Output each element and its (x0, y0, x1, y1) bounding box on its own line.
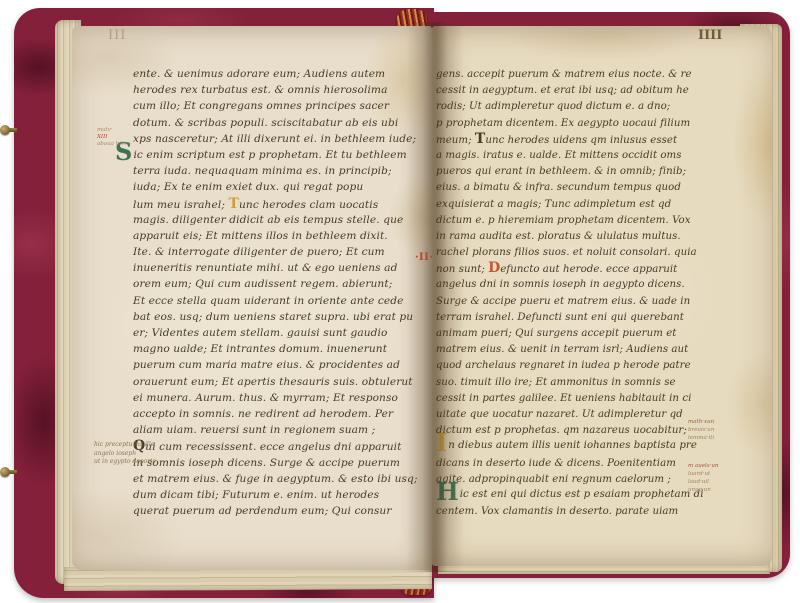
manuscript-line: inueneritis renuntiate mihi. ut & ego ue… (133, 260, 418, 276)
margin-gloss-right-lower: m auels·unluard·utlaud·uilunuo·un (688, 462, 718, 494)
line-text: ic enim scriptum est p prophetam. Et tu … (133, 149, 406, 161)
line-text: ui cum recessissent. ecce angelus dni ap… (145, 441, 401, 453)
margin-gloss-line: XIII (97, 134, 132, 141)
margin-gloss-line: luard·ut (688, 470, 718, 478)
line-text: ic est eni qui dictus est p esaiam proph… (460, 489, 704, 500)
manuscript-line: suo. timuit illo ire; Et ammonitus in so… (436, 374, 704, 390)
manuscript-line: eius. a bimatu & infra. secundum tempus … (436, 179, 704, 195)
line-text: orem eum; Qui cum audissent regem. abier… (133, 278, 392, 290)
line-text: et matrem eius. & fuge in aegyptum. & es… (133, 473, 418, 485)
line-text: magno ualde; Et intrantes domum. inuener… (133, 343, 387, 355)
manuscript-line: Hic est eni qui dictus est p esaiam prop… (436, 487, 704, 503)
manuscript-line: non sunt; Defuncto aut herode. ecce appa… (436, 260, 704, 276)
line-text: efuncto aut herode. ecce apparuit (500, 264, 677, 275)
manuscript-line: querat puerum ad perdendum eum; Qui cons… (133, 503, 418, 519)
illuminated-initial: S (115, 147, 132, 157)
line-text: cum illo; Et congregans omnes principes … (133, 100, 389, 112)
line-text: matrem eius. & uenit in terram isrl; Aud… (436, 344, 688, 355)
manuscript-line: In diebus autem illis uenit iohannes bap… (436, 438, 704, 454)
line-text: animam pueri; Qui surgens accepit puerum… (436, 328, 676, 339)
chapter-number-rubric: ·II· (415, 252, 433, 263)
line-text: inueneritis renuntiate mihi. ut & ego ue… (133, 262, 397, 274)
manuscript-line: dotum. & scribas populi. sciscitabatur a… (133, 115, 418, 131)
manuscript-line: matrem eius. & uenit in terram isrl; Aud… (436, 341, 704, 357)
manuscript-line: angelus dni in somnis ioseph in aegypto … (436, 276, 704, 292)
line-text: bat eos. usq; dum ueniens staret supra. … (133, 311, 413, 323)
line-text: iuda; Ex te enim exiet dux. qui regat po… (133, 181, 363, 193)
manuscript-line: ente. & uenimus adorare eum; Audiens aut… (133, 66, 418, 82)
line-text: querat puerum ad perdendum eum; Qui cons… (133, 505, 392, 517)
line-text-before-initial: lum meu israhel; (133, 199, 228, 211)
margin-gloss-line: laud·uil (688, 478, 718, 486)
margin-gloss-line: abaua hier— (97, 141, 132, 148)
manuscript-line: er; Videntes autem stellam. gauisi sunt … (133, 325, 418, 341)
manuscript-line: cessit in aegyptum. et erat ibi usq; ad … (436, 82, 704, 98)
line-text: apparuit eis; Et mittens illos in bethle… (133, 230, 388, 242)
line-text: Surge & accipe pueru et matrem eius. & u… (436, 296, 690, 307)
line-text: exquisierat a magis; Tunc adimpletum est… (436, 199, 671, 210)
line-text: ei munera. Aurum. thus. & myrram; Et res… (133, 392, 398, 404)
manuscript-line: pueros qui erant in bethleem. & in omnib… (436, 163, 704, 179)
manuscript-line: dicans in deserto iude & dicens. Poenite… (436, 455, 704, 471)
clasp-knob (0, 467, 10, 477)
folio-number-right: IIII (698, 28, 722, 43)
manuscript-line: lum meu israhel; Tunc herodes clam uocat… (133, 196, 418, 212)
line-text: gens. accepit puerum & matrem eius nocte… (436, 69, 692, 80)
line-text: dotum. & scribas populi. sciscitabatur a… (133, 117, 398, 129)
illuminated-initial: T (228, 196, 239, 212)
manuscript-line: in rama audita est. ploratus & ululatus … (436, 228, 704, 244)
line-text: centem. Vox clamantis in deserto. parate… (436, 506, 678, 517)
manuscript-line: ei munera. Aurum. thus. & myrram; Et res… (133, 390, 418, 406)
manuscript-line: gens. accepit puerum & matrem eius nocte… (436, 66, 704, 82)
line-text: a magis. iratus e. ualde. Et mittens occ… (436, 150, 682, 161)
manuscript-line: Qui cum recessissent. ecce angelus dni a… (133, 438, 418, 454)
manuscript-line: agite. adpropinquabit eni regnum caeloru… (436, 471, 704, 487)
left-page: III ente. & uenimus adorare eum; Audiens… (72, 26, 432, 570)
manuscript-line: dictum est p prophetas. qm nazareus uoca… (436, 422, 704, 438)
margin-gloss-right-upper: math·xunbreuis·unlemma·iti (688, 418, 714, 442)
line-text: unc herodes clam uocatis (239, 199, 378, 211)
manuscript-line: rachel plorans filios suos. et noluit co… (436, 244, 704, 260)
manuscript-photo: III ente. & uenimus adorare eum; Audiens… (0, 0, 800, 603)
manuscript-line: Surge & accipe pueru et matrem eius. & u… (436, 293, 704, 309)
illuminated-initial: H (436, 487, 459, 497)
manuscript-line: herodes rex turbatus est. & omnis hieros… (133, 82, 418, 98)
line-text: angelus dni in somnis ioseph in aegypto … (436, 279, 685, 290)
manuscript-line: centem. Vox clamantis in deserto. parate… (436, 503, 704, 519)
manuscript-line: magis. diligenter didicit ab eis tempus … (133, 212, 418, 228)
manuscript-line: orem eum; Qui cum audissent regem. abier… (133, 276, 418, 292)
manuscript-line: accepto in somnis. ne redirent ad herode… (133, 406, 418, 422)
manuscript-line: rodis; Ut adimpleretur quod dictum e. a … (436, 98, 704, 114)
manuscript-line: iuda; Ex te enim exiet dux. qui regat po… (133, 179, 418, 195)
manuscript-line: et matrem eius. & fuge in aegyptum. & es… (133, 471, 418, 487)
clasp-knob (0, 125, 10, 135)
line-text: quod archelaus regnaret in iudea p herod… (436, 360, 691, 371)
left-page-text: ente. & uenimus adorare eum; Audiens aut… (133, 66, 418, 519)
folio-number-left: III (108, 28, 126, 43)
manuscript-line: dum dicam tibi; Futurum e. enim. ut hero… (133, 487, 418, 503)
manuscript-line: terra iuda. nequaquam minima es. in prin… (133, 163, 418, 179)
manuscript-line: aliam uiam. reuersi sunt in regionem sua… (133, 422, 418, 438)
manuscript-line: meum; Tunc herodes uidens qm inlusus ess… (436, 131, 704, 147)
manuscript-line: animam pueri; Qui surgens accepit puerum… (436, 325, 704, 341)
line-text: terra iuda. nequaquam minima es. in prin… (133, 165, 392, 177)
line-text-before-initial: meum; (436, 135, 475, 146)
margin-gloss-line: hic preceptu ihs ille (94, 441, 156, 450)
manuscript-line: terram israhel. Defuncti sunt eni qui qu… (436, 309, 704, 325)
margin-gloss-line: math·xun (688, 418, 714, 426)
line-text: cessit in aegyptum. et erat ibi usq; ad … (436, 85, 689, 96)
line-text: agite. adpropinquabit eni regnum caeloru… (436, 474, 671, 485)
line-text: Et ecce stella quam uiderant in oriente … (133, 295, 404, 307)
manuscript-line: a magis. iratus e. ualde. Et mittens occ… (436, 147, 704, 163)
margin-gloss-line: m auels·un (688, 462, 718, 470)
line-text: rachel plorans filios suos. et noluit co… (436, 247, 697, 258)
clasp-knob-lower (0, 466, 18, 478)
manuscript-line: apparuit eis; Et mittens illos in bethle… (133, 228, 418, 244)
line-text: rodis; Ut adimpleretur quod dictum e. a … (436, 101, 670, 112)
margin-gloss-left-bottom: hic preceptu ihs illeangelo iosephut in … (94, 441, 156, 467)
manuscript-line: xps nasceretur; At illi dixerunt ei. in … (133, 131, 418, 147)
line-text: uitate que uocatur nazaret. Ut adimplere… (436, 409, 683, 420)
clasp-knob-upper (0, 124, 18, 136)
line-text: ente. & uenimus adorare eum; Audiens aut… (133, 68, 385, 80)
manuscript-line: quod archelaus regnaret in iudea p herod… (436, 357, 704, 373)
line-text: dicans in deserto iude & dicens. Poenite… (436, 458, 676, 469)
line-text: xps nasceretur; At illi dixerunt ei. in … (133, 133, 416, 145)
margin-gloss-left-top: matv·XIIIabaua hier— (97, 127, 132, 148)
manuscript-line: Et ecce stella quam uiderant in oriente … (133, 293, 418, 309)
line-text: p prophetam dicentem. Ex aegypto uocaui … (436, 118, 690, 129)
line-text: pueros qui erant in bethleem. & in omnib… (436, 166, 686, 177)
margin-gloss-line: breuis·un (688, 426, 714, 434)
line-text: in rama audita est. ploratus & ululatus … (436, 231, 681, 242)
line-text: dum dicam tibi; Futurum e. enim. ut hero… (133, 489, 379, 501)
line-text: herodes rex turbatus est. & omnis hieros… (133, 84, 388, 96)
line-text: Ite. & interrogate diligenter de puero; … (133, 246, 385, 258)
manuscript-line: cum illo; Et congregans omnes principes … (133, 98, 418, 114)
margin-gloss-line: matv· (97, 127, 132, 134)
illuminated-initial: D (488, 260, 500, 276)
manuscript-line: puerum cum maria matre eius. & procident… (133, 357, 418, 373)
right-page: IIII gens. accepit puerum & matrem eius … (432, 26, 772, 566)
illuminated-initial: T (475, 131, 485, 147)
line-text: cessit in partes galilee. Et ueniens hab… (436, 393, 691, 404)
manuscript-line: orauerunt eum; Et apertis thesauris suis… (133, 374, 418, 390)
manuscript-line: Ite. & interrogate diligenter de puero; … (133, 244, 418, 260)
line-text: aliam uiam. reuersi sunt in regionem sua… (133, 424, 375, 436)
line-text: suo. timuit illo ire; Et ammonitus in so… (436, 377, 676, 388)
manuscript-line: p prophetam dicentem. Ex aegypto uocaui … (436, 115, 704, 131)
manuscript-line: cessit in partes galilee. Et ueniens hab… (436, 390, 704, 406)
line-text: puerum cum maria matre eius. & procident… (133, 359, 400, 371)
manuscript-line: bat eos. usq; dum ueniens staret supra. … (133, 309, 418, 325)
line-text: eius. a bimatu & infra. secundum tempus … (436, 182, 681, 193)
line-text: n diebus autem illis uenit iohannes bapt… (448, 440, 697, 451)
line-text: er; Videntes autem stellam. gauisi sunt … (133, 327, 388, 339)
margin-gloss-line: angelo ioseph (94, 450, 156, 459)
manuscript-line: exquisierat a magis; Tunc adimpletum est… (436, 196, 704, 212)
line-text: dictum est p prophetas. qm nazareus uoca… (436, 425, 687, 436)
line-text: dictum e. p hieremiam prophetam dicentem… (436, 215, 691, 226)
line-text: in somnis ioseph dicens. Surge & accipe … (133, 457, 400, 469)
manuscript-line: Sic enim scriptum est p prophetam. Et tu… (133, 147, 418, 163)
manuscript-line: dictum e. p hieremiam prophetam dicentem… (436, 212, 704, 228)
line-text-before-initial: non sunt; (436, 264, 488, 275)
right-page-text: gens. accepit puerum & matrem eius nocte… (436, 66, 704, 519)
line-text: accepto in somnis. ne redirent ad herode… (133, 408, 393, 420)
manuscript-line: magno ualde; Et intrantes domum. inuener… (133, 341, 418, 357)
manuscript-line: uitate que uocatur nazaret. Ut adimplere… (436, 406, 704, 422)
line-text: terram israhel. Defuncti sunt eni qui qu… (436, 312, 684, 323)
line-text: unc herodes uidens qm inlusus esset (485, 135, 677, 146)
margin-gloss-line: unuo·un (688, 486, 718, 494)
margin-gloss-line: ut in egypto deporte (94, 458, 156, 467)
line-text: orauerunt eum; Et apertis thesauris suis… (133, 376, 413, 388)
illuminated-initial: I (436, 438, 447, 448)
manuscript-line: in somnis ioseph dicens. Surge & accipe … (133, 455, 418, 471)
line-text: magis. diligenter didicit ab eis tempus … (133, 214, 403, 226)
margin-gloss-line: lemma·iti (688, 434, 714, 442)
